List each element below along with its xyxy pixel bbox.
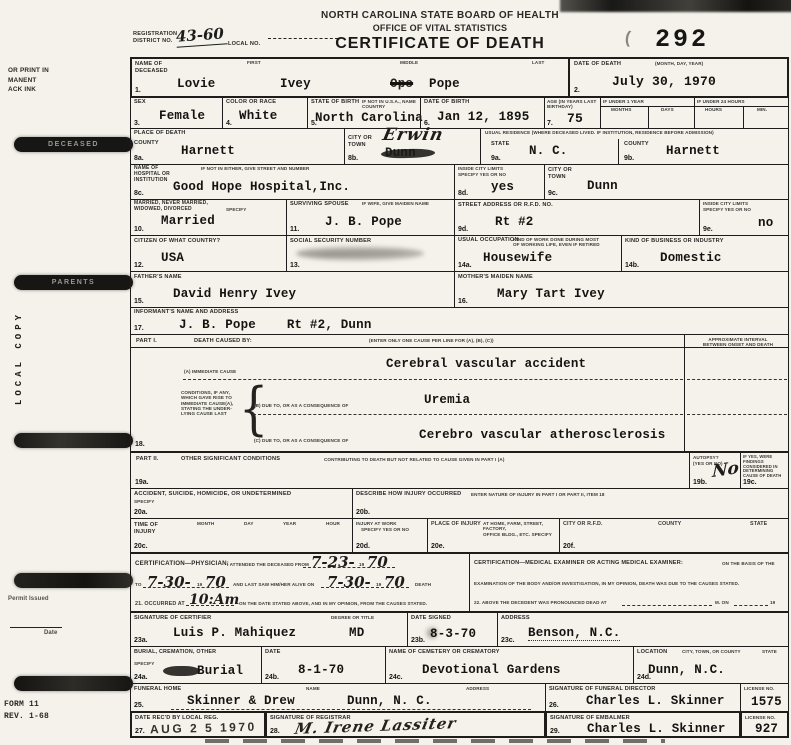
dod-item-number: 2. xyxy=(574,87,580,94)
place-of-injury-sublabel: AT HOME, FARM, STREET, FACTORY, OFFICE B… xyxy=(483,521,559,537)
days-label: DAYS xyxy=(661,107,674,112)
place-of-injury-label: PLACE OF INJURY xyxy=(431,521,481,527)
street-item-number: 9d. xyxy=(458,226,468,233)
occupation-value: Housewife xyxy=(483,251,552,265)
icl2-value: no xyxy=(758,216,773,230)
industry-label: KIND OF BUSINESS OR INDUSTRY xyxy=(625,238,724,245)
date-signed-value: 8-3-70 xyxy=(430,627,476,641)
from-underline xyxy=(303,567,395,568)
parents-tab: PARENTS xyxy=(14,275,133,290)
signature-of-certifier-label: SIGNATURE OF CERTIFIER xyxy=(134,615,211,622)
cemetery-value: Devotional Gardens xyxy=(422,663,561,677)
deceased-last-name: Pope xyxy=(429,77,460,91)
to-text: TO xyxy=(135,582,142,587)
age-label: AGE (IN YEARS LAST BIRTHDAY) xyxy=(547,99,599,110)
pronounced-m-on: M. ON xyxy=(715,600,729,605)
embalmer-label: SIGNATURE OF EMBALMER xyxy=(550,715,630,722)
location-value: Dunn, N.C. xyxy=(648,663,725,677)
margin-permit-note: Permit Issued xyxy=(8,596,49,603)
date-received-stamp: AUG 2 5 1970 xyxy=(150,720,257,737)
burial-item-number: 24a. xyxy=(134,674,148,681)
due-b-label: (b) DUE TO, OR AS A CONSEQUENCE OF xyxy=(254,403,348,408)
icl-value: yes xyxy=(491,180,514,194)
pod-city-handwritten-value: Erwin xyxy=(381,125,446,145)
birth-state-label: STATE OF BIRTH xyxy=(311,99,359,106)
time-item-number: 20c. xyxy=(134,543,148,550)
due-b-value: Uremia xyxy=(424,393,470,407)
informant-value: J. B. Pope Rt #2, Dunn xyxy=(179,318,372,332)
street-label: STREET ADDRESS OR R.F.D. No. xyxy=(458,202,553,209)
residence-city-label: CITY OR TOWN xyxy=(548,167,572,180)
findings-label: IF YES, WERE FINDINGS CONSIDERED IN DETE… xyxy=(743,455,789,479)
margin-print-note: OR PRINT IN MANENT ACK INK xyxy=(8,66,68,95)
hospital-label: NAME OF HOSPITAL OR INSTITUTION xyxy=(134,166,170,184)
ssn-item-number: 13. xyxy=(290,262,300,269)
manner-item-number: 20a. xyxy=(134,509,148,516)
dod-label: DATE OF DEATH xyxy=(574,61,621,68)
margin-local-copy: LOCAL COPY xyxy=(14,295,24,405)
name-item-number: 1. xyxy=(135,87,141,94)
street-value: Rt #2 xyxy=(495,215,534,229)
funeral-director-label: SIGNATURE OF FUNERAL DIRECTOR xyxy=(549,686,656,693)
autopsy-value: No xyxy=(712,458,739,482)
cause-item-number: 18. xyxy=(135,441,145,448)
pronounced-blank2 xyxy=(734,605,768,606)
certifier-item-number: 23a. xyxy=(134,637,148,644)
ssn-label: SOCIAL SECURITY NUMBER xyxy=(290,238,371,245)
occupation-item-number: 14a. xyxy=(458,262,472,269)
informant-label: INFORMANT'S NAME AND ADDRESS xyxy=(134,309,238,316)
deceased-tab: DECEASED xyxy=(14,137,133,152)
degree-label: DEGREE OR TITLE xyxy=(331,615,374,620)
funeral-address-sublabel: ADDRESS xyxy=(466,686,489,691)
father-value: David Henry Ivey xyxy=(173,287,296,301)
age-value: 75 xyxy=(567,111,583,126)
disposition-tab xyxy=(14,676,133,691)
birth-state-sublabel: IF NOT IN U.S.A., NAME COUNTRY xyxy=(362,99,416,110)
icl-label: INSIDE CITY LIMITS xyxy=(458,166,503,171)
attended-text: I ATTENDED THE DECEASED FROM xyxy=(227,562,309,567)
embalmer-signature: Charles L. Skinner xyxy=(587,722,726,736)
hour-label: HOUR xyxy=(326,521,340,526)
mother-item-number: 16. xyxy=(458,298,468,305)
immediate-cause-value: Cerebral vascular accident xyxy=(386,357,586,371)
spouse-label: SURVIVING SPOUSE xyxy=(290,201,349,208)
injury-at-work-label: INJURY AT WORK xyxy=(356,521,397,526)
injury-city-item-number: 20f. xyxy=(563,543,575,550)
manner-sublabel: SPECIFY xyxy=(134,499,154,504)
pronounced-19: 19 xyxy=(770,600,775,605)
funeral-name-value: Skinner & Drew xyxy=(187,694,295,708)
residence-city-value: Dunn xyxy=(587,179,618,193)
attended-from-date: 7-23- xyxy=(311,553,355,571)
injury-county-label: COUNTY xyxy=(658,521,681,527)
name-of-deceased-label: NAME OF DECEASED xyxy=(135,61,168,74)
certifier-address-label: ADDRESS xyxy=(501,615,530,622)
occurred-text: 21. OCCURRED AT xyxy=(135,601,185,607)
residence-state-value: N. C. xyxy=(529,144,568,158)
months-label: MONTHS xyxy=(611,107,632,112)
autopsy-label: AUTOPSY? xyxy=(693,455,719,460)
pod-county-value: Harnett xyxy=(181,144,235,158)
deceased-struck-name: Opo xyxy=(390,77,413,91)
burial-date-item-number: 24b. xyxy=(265,674,279,681)
place-of-injury-item-number: 20e. xyxy=(431,543,445,550)
citizen-label: CITIZEN OF WHAT COUNTRY? xyxy=(134,238,220,245)
residence-county-value: Harnett xyxy=(666,144,720,158)
pronounced-blank1 xyxy=(622,605,712,606)
due-c-label: (c) DUE TO, OR AS A CONSEQUENCE OF xyxy=(254,438,348,443)
time-of-injury-label: TIME OF INJURY xyxy=(134,522,158,535)
scan-artifact-top-band xyxy=(560,0,791,12)
describe-injury-sublabel: ENTER NATURE OF INJURY IN PART I OR PART… xyxy=(471,492,605,497)
mother-label: MOTHER'S MAIDEN NAME xyxy=(458,274,533,281)
burial-label: BURIAL, CREMATION, OTHER xyxy=(134,649,234,655)
date-of-death-value: July 30, 1970 xyxy=(612,74,716,89)
attended-from-year: 70 xyxy=(367,553,388,571)
other-conditions-item-number: 19a. xyxy=(135,479,149,486)
other-conditions-sublabel: CONTRIBUTING TO DEATH BUT NOT RELATED TO… xyxy=(324,457,654,462)
findings-item-number: 19c. xyxy=(743,479,757,486)
under-24-hours-label: IF UNDER 24 HOURS xyxy=(697,99,745,104)
dob-value: Jan 12, 1895 xyxy=(437,110,529,124)
pod-city-label: CITY OR TOWN xyxy=(348,135,372,148)
hospital-sublabel: IF NOT IN EITHER, GIVE STREET AND NUMBER xyxy=(201,166,309,171)
date-signed-label: DATE SIGNED xyxy=(411,615,451,622)
cemetery-label: NAME OF CEMETERY OR CREMATORY xyxy=(389,649,500,656)
burial-value: Burial xyxy=(197,664,243,678)
to-underline xyxy=(143,587,229,588)
certificate-number: 292 xyxy=(655,25,709,54)
pod-county-label: COUNTY xyxy=(134,140,159,147)
to-date: 7-30- xyxy=(147,573,191,591)
stray-mark: ( xyxy=(624,28,632,49)
bottom-perforation xyxy=(205,739,665,743)
date-received-item-number: 27. xyxy=(135,728,145,735)
local-no-label: LOCAL NO. xyxy=(228,41,260,48)
autopsy-item-number: 19b. xyxy=(693,479,707,486)
part1-label: PART I. xyxy=(136,338,157,345)
funeral-item-number: 25. xyxy=(134,702,144,709)
death-caused-by-label: DEATH CAUSED BY: xyxy=(194,338,252,345)
immediate-cause-label: (a) IMMEDIATE CAUSE xyxy=(184,369,236,374)
margin-date-note: Date xyxy=(44,630,57,637)
first-col-label: FIRST xyxy=(247,60,261,65)
due-c-value: Cerebro vascular atherosclerosis xyxy=(419,428,665,442)
icl-item-number: 8d. xyxy=(458,190,468,197)
last-saw-text: AND LAST SAW HIM/HER ALIVE ON xyxy=(233,582,314,587)
industry-value: Domestic xyxy=(660,251,722,265)
funeral-home-label: FUNERAL HOME xyxy=(134,686,181,693)
margin-date-line xyxy=(10,627,62,628)
deceased-middle-name: Ivey xyxy=(280,77,311,91)
form-number: FORM 11 xyxy=(4,700,39,709)
day-label: DAY xyxy=(244,521,254,526)
local-no-blank xyxy=(268,38,338,39)
certification-physician-label: CERTIFICATION—PHYSICIAN: xyxy=(135,560,229,567)
hospital-item-number: 8c. xyxy=(134,190,144,197)
certifier-address-item-number: 23c. xyxy=(501,637,515,644)
line-b-rule-interval xyxy=(687,414,787,415)
embalmer-item-number: 29. xyxy=(550,728,560,735)
pod-city-scribble xyxy=(381,148,435,158)
marital-item-number: 10. xyxy=(134,226,144,233)
icl2-item-number: 9e. xyxy=(703,226,713,233)
burial-sublabel: SPECIFY xyxy=(134,661,154,666)
citizen-value: USA xyxy=(161,251,184,265)
residence-state-label: STATE xyxy=(491,141,510,148)
certifier-value: Luis P. Mahiquez xyxy=(173,626,296,640)
injury-city-label: CITY OR R.F.D. xyxy=(563,521,603,527)
occupation-sublabel: KIND OF WORK DONE DURING MOST OF WORKING… xyxy=(513,237,600,248)
race-item-number: 4. xyxy=(226,120,232,127)
occurred-rest-text: ON THE DATE STATED ABOVE, AND IN MY OPIN… xyxy=(239,601,469,606)
me-basis-text: ON THE BASIS OF THE xyxy=(722,561,784,566)
line-a-rule-interval xyxy=(687,379,787,380)
residence-county-label: COUNTY xyxy=(624,141,649,148)
marital-sublabel: SPECIFY xyxy=(226,207,246,212)
icl2-label: INSIDE CITY LIMITS xyxy=(703,201,748,206)
embalmer-license-label: LICENSE NO. xyxy=(745,715,775,720)
occurred-underline xyxy=(186,605,234,606)
certifier-tab xyxy=(14,573,133,588)
injury-at-work-item-number: 20d. xyxy=(356,543,370,550)
marital-value: Married xyxy=(161,214,215,228)
registration-district-value: 43-60 xyxy=(175,24,227,48)
funeral-name-sublabel: NAME xyxy=(306,686,320,691)
sex-label: SEX xyxy=(134,99,146,106)
me-body-text: EXAMINATION OF THE BODY AND/OR INVESTIGA… xyxy=(474,581,784,586)
father-label: FATHER'S NAME xyxy=(134,274,182,281)
mother-value: Mary Tart Ivey xyxy=(497,287,605,301)
race-label: COLOR OR RACE xyxy=(226,99,276,106)
middle-col-label: MIDDLE xyxy=(400,60,418,65)
line-b-rule xyxy=(253,414,683,415)
saw-date: 7-30- xyxy=(327,573,371,591)
spouse-sublabel: IF WIFE, GIVE MAIDEN NAME xyxy=(362,201,429,206)
director-license-value: 1575 xyxy=(751,695,782,709)
burial-date-value: 8-1-70 xyxy=(298,663,344,677)
hours-label: HOURS xyxy=(705,107,722,112)
month-label: MONTH xyxy=(197,521,214,526)
dod-sublabel: (MONTH, DAY, YEAR) xyxy=(655,61,703,66)
injury-at-work-sublabel: SPECIFY YES OR NO xyxy=(361,527,409,532)
industry-item-number: 14b. xyxy=(625,262,639,269)
location-sublabel: CITY, TOWN, OR COUNTY xyxy=(682,649,741,654)
pod-county-item-number: 8a. xyxy=(134,155,144,162)
burial-date-label: DATE xyxy=(265,649,281,656)
year-label: YEAR xyxy=(283,521,296,526)
death-certificate-scan: NORTH CAROLINA STATE BOARD OF HEALTH OFF… xyxy=(0,0,791,745)
describe-injury-item-number: 20b. xyxy=(356,509,370,516)
race-value: White xyxy=(239,109,278,123)
occupation-label: USUAL OCCUPATION xyxy=(458,237,519,244)
icl-sublabel: SPECIFY YES OR NO xyxy=(458,172,506,177)
residence-state-item-number: 9a. xyxy=(491,155,501,162)
death-word: DEATH xyxy=(415,582,431,587)
residence-city-item-number: 9c. xyxy=(548,190,558,197)
cemetery-item-number: 24c. xyxy=(389,674,403,681)
saw-year: 70 xyxy=(384,573,405,591)
conditions-note: CONDITIONS, IF ANY, WHICH GAVE RISE TO I… xyxy=(181,390,243,416)
certifier-address-value: Benson, N.C. xyxy=(528,626,620,641)
interval-label: APPROXIMATE INTERVAL BETWEEN ONSET AND D… xyxy=(689,337,787,348)
saw-underline xyxy=(321,587,409,588)
funeral-director-item-number: 26. xyxy=(549,702,559,709)
header-board: NORTH CAROLINA STATE BOARD OF HEALTH xyxy=(300,10,580,22)
father-item-number: 15. xyxy=(134,298,144,305)
certification-me-label: CERTIFICATION—MEDICAL EXAMINER OR ACTING… xyxy=(474,560,719,567)
age-item-number: 7. xyxy=(547,120,553,127)
icl2-sublabel: SPECIFY YES OR NO xyxy=(703,207,751,212)
deceased-first-name: Lovie xyxy=(177,77,216,91)
pod-city-item-number: 8b. xyxy=(348,155,358,162)
part2-label: PART II. xyxy=(136,456,159,463)
location-label: LOCATION xyxy=(637,649,667,656)
place-of-death-label: PLACE OF DEATH xyxy=(134,130,186,137)
burial-struck-word xyxy=(163,666,200,676)
funeral-rule xyxy=(171,709,531,710)
residence-county-item-number: 9b. xyxy=(624,155,634,162)
sex-item-number: 3. xyxy=(134,120,140,127)
degree-value: MD xyxy=(349,626,364,640)
enter-note: (ENTER ONLY ONE CAUSE PER LINE FOR (a), … xyxy=(369,338,494,343)
date-signed-item-number: 23b. xyxy=(411,637,425,644)
under-1-year-label: IF UNDER 1 YEAR xyxy=(603,99,644,104)
funeral-director-value: Charles L. Skinner xyxy=(586,694,725,708)
spouse-value: J. B. Pope xyxy=(325,215,402,229)
embalmer-license-value: 927 xyxy=(755,722,778,736)
to-year: 70 xyxy=(205,573,226,591)
hospital-value: Good Hope Hospital,Inc. xyxy=(173,180,350,194)
dob-label: DATE OF BIRTH xyxy=(424,99,469,106)
cause-of-death-tab xyxy=(14,433,133,448)
manner-label: ACCIDENT, SUICIDE, HOMICIDE, OR UNDETERM… xyxy=(134,491,344,498)
registrar-item-number: 28. xyxy=(270,728,280,735)
director-license-label: LICENSE NO. xyxy=(744,686,774,691)
citizen-item-number: 12. xyxy=(134,262,144,269)
header-office: OFFICE OF VITAL STATISTICS xyxy=(300,23,580,34)
min-label: MIN. xyxy=(757,107,767,112)
funeral-address-value: Dunn, N. C. xyxy=(347,694,432,708)
birth-state-value: North Carolina xyxy=(315,111,423,125)
form-revision: REV. 1-68 xyxy=(4,712,49,721)
last-col-label: LAST xyxy=(532,60,544,65)
usual-residence-label: USUAL RESIDENCE (WHERE DECEASED LIVED. I… xyxy=(485,130,785,135)
spouse-item-number: 11. xyxy=(290,226,299,233)
sex-value: Female xyxy=(159,109,205,123)
marital-label: MARRIED, NEVER MARRIED, WIDOWED, DIVORCE… xyxy=(134,201,208,213)
pronounced-text: 22. ABOVE THE DECEDENT WAS PRONOUNCED DE… xyxy=(474,600,607,605)
injury-state-label: STATE xyxy=(750,521,767,527)
describe-injury-label: DESCRIBE HOW INJURY OCCURRED xyxy=(356,491,461,498)
other-conditions-label: OTHER SIGNIFICANT CONDITIONS xyxy=(181,456,280,463)
location-state-label: STATE xyxy=(762,649,777,654)
informant-item-number: 17. xyxy=(134,325,144,332)
